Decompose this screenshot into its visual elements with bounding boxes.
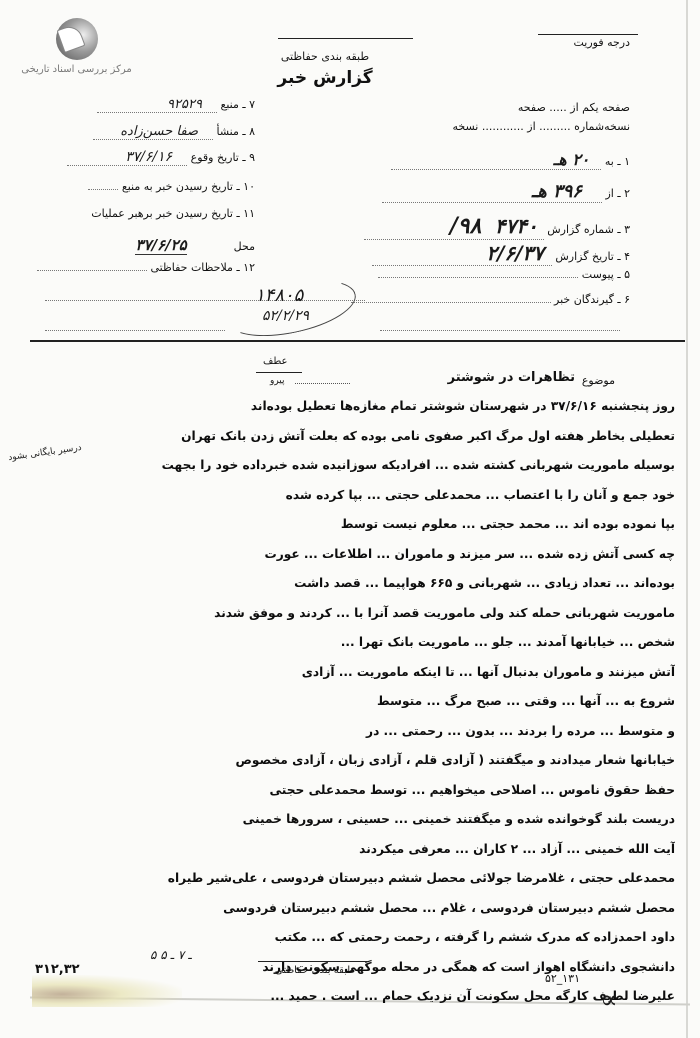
field-label: ۱۰ ـ تاریخ رسیدن خبر به منبع — [122, 180, 255, 193]
field-label: ۷ ـ منبع — [220, 98, 255, 111]
field-report-number: ۳ ـ شماره گزارش ۴۷۴۰ ۹۸/ — [364, 213, 630, 240]
subject-label: موضوع — [582, 374, 615, 387]
field-value: صفا حسن‌زاده — [120, 124, 198, 139]
field-label: ۱۱ ـ تاریخ رسیدن خبر برهبر عملیات — [91, 207, 255, 220]
field-value-line: صفا حسن‌زاده — [93, 124, 213, 140]
body-line: آیت الله خمینی ... آزاد ... ۲ کاران ... … — [30, 835, 675, 865]
body-line: تعطیلی بخاطر هفته اول مرگ اکبر صفوی نامی… — [30, 422, 675, 452]
blank-line — [45, 330, 225, 331]
field-report-date: ۴ ـ تاریخ گزارش ۲/۶/۳۷ — [372, 241, 630, 266]
body-line: بپا نموده بوده اند ... محمد حجتی ... معل… — [30, 510, 675, 540]
body-line: محمدعلی حجتی ، غلامرضا جولائی محصل ششم د… — [30, 864, 675, 894]
classification-rule — [278, 38, 413, 39]
footer-classification-rule — [258, 961, 368, 962]
field-label: ۳ ـ شماره گزارش — [547, 223, 630, 236]
field-security-remarks: ۱۲ ـ ملاحظات حفاظتی — [37, 261, 255, 274]
handwritten-note-date: ۵۲/۲/۲۹ — [262, 308, 309, 324]
footer-classification-label: طبقه بندی حفاظتی — [260, 965, 370, 976]
signature-mark: ∝ — [600, 985, 618, 1015]
field-value-line: ۳۹۶ هـ — [382, 181, 602, 203]
field-to: ۱ ـ به ۲۰ هـ — [391, 150, 630, 170]
urgency-rule — [538, 34, 638, 35]
blank-line — [380, 330, 620, 331]
header-divider — [30, 340, 685, 342]
paper-edge — [686, 0, 688, 1038]
body-line: شروع به ... آنها ... وقتی ... صبح مرگ ..… — [30, 687, 675, 717]
page-info: صفحه یکم از ..... صفحه — [518, 101, 630, 114]
body-line: داود احمدزاده که مدرک ششم را گرفته ، رحم… — [30, 923, 675, 953]
field-value-extra: ۹۸/ — [450, 213, 482, 239]
field-value-line: ۲۰ هـ — [391, 150, 601, 170]
field-value: ۳۷/۶/۲۵ — [135, 236, 186, 255]
body-line: علیرضا لطیف کارگه محل سکونت آن نزدیک حما… — [30, 982, 675, 1012]
scanned-document-page: مرکز بررسی اسناد تاریخی درجه فوریت طبقه … — [0, 0, 700, 1038]
field-value-line — [88, 189, 118, 190]
field-label: ۵ ـ پیوست — [582, 268, 630, 281]
body-line: بوده‌اند ... تعداد زیادی ... شهربانی و ۶… — [30, 569, 675, 599]
field-value: ۲/۶/۳۷ — [486, 241, 544, 265]
field-label: محل — [234, 240, 255, 253]
report-body: روز پنجشنبه ۳۷/۶/۱۶ در شهرستان شوشتر تما… — [30, 392, 675, 1012]
urgency-label: درجه فوریت — [573, 36, 630, 49]
field-location: محل ۳۷/۶/۲۵ — [135, 236, 255, 254]
field-value: ۴۷۴۰ — [495, 214, 538, 238]
subject-dots — [295, 383, 350, 384]
body-line: و متوسط ... مرده را بردند ... بدون ... ر… — [30, 717, 675, 747]
field-value-line: ۹۲۵۲۹ — [97, 97, 217, 113]
body-line: ماموریت شهربانی حمله کند ولی ماموریت قصد… — [30, 599, 675, 629]
field-label: ۲ ـ از — [605, 187, 630, 200]
watermark-logo: مرکز بررسی اسناد تاریخی — [14, 18, 139, 75]
body-line: چه کسی آتش زده شده ... سر میزند و مامورا… — [30, 540, 675, 570]
date-stamp: ۵ ـ ۷ ـ ۵ — [150, 948, 192, 962]
field-attachment: ۵ ـ پیوست — [378, 268, 630, 281]
body-line: دریست بلند گوخوانده شده و میگفتند خمینی … — [30, 805, 675, 835]
body-line: آتش میزنند و ماموران بدنبال آنها ... تا … — [30, 658, 675, 688]
body-line: خود جمع و آنان را با اعتصاب ... محمدعلی … — [30, 481, 675, 511]
field-value-line: ۲/۶/۳۷ — [372, 241, 552, 266]
field-value-line — [351, 302, 551, 303]
field-value: ۹۲۵۲۹ — [167, 97, 202, 112]
reference-label: عطف — [263, 356, 288, 367]
field-label: ۹ ـ تاریخ وقوع — [191, 151, 255, 164]
field-origin: ۸ ـ منشأ صفا حسن‌زاده — [93, 124, 255, 140]
form-title: گزارش خبر — [265, 68, 385, 88]
handwritten-note-number: ۱۴۸۰۵ — [255, 285, 303, 306]
field-value-line: ۴۷۴۰ ۹۸/ — [364, 213, 544, 240]
field-label: ۴ ـ تاریخ گزارش — [555, 250, 630, 263]
reference-rule — [256, 372, 302, 373]
field-value: ۲۰ هـ — [554, 150, 590, 169]
body-line: حفظ حقوق ناموس ... اصلاحی میخواهیم ... ت… — [30, 776, 675, 806]
field-value: ۳۷/۶/۱۶ — [125, 149, 172, 165]
field-label: ۶ ـ گیرندگان خبر — [554, 293, 630, 306]
body-line: محصل ششم دبیرستان فردوسی ، غلام ... محصل… — [30, 894, 675, 924]
field-value-line — [378, 277, 578, 278]
field-from: ۲ ـ از ۳۹۶ هـ — [382, 181, 630, 203]
body-line: شخص ... خیابانها آمدند ... جلو ... مامور… — [30, 628, 675, 658]
field-recipients: ۶ ـ گیرندگان خبر — [351, 293, 630, 306]
subject-value: تظاهرات در شوشتر — [448, 370, 575, 385]
field-value-line — [37, 270, 147, 271]
archive-book-logo-icon — [56, 18, 98, 60]
watermark-org-name: مرکز بررسی اسناد تاریخی — [14, 64, 139, 75]
field-value: ۳۹۶ هـ — [532, 181, 582, 202]
field-source: ۷ ـ منبع ۹۲۵۲۹ — [97, 97, 255, 113]
field-occurrence-date: ۹ ـ تاریخ وقوع ۳۷/۶/۱۶ — [67, 149, 255, 166]
document-code: ۵۲_۱۳۱ — [545, 972, 580, 985]
copy-info: نسخه‌شماره ......... از ............ نسخ… — [452, 120, 630, 133]
field-label: ۱۲ ـ ملاحظات حفاظتی — [151, 261, 256, 274]
followup-label: پیرو — [270, 376, 285, 386]
field-date-received-source: ۱۰ ـ تاریخ رسیدن خبر به منبع — [88, 180, 255, 193]
field-label: ۸ ـ منشأ — [216, 125, 255, 138]
archive-number: ۳۱۲,۳۲ — [35, 962, 80, 977]
field-label: ۱ ـ به — [605, 155, 630, 168]
classification-label-top: طبقه بندی حفاظتی — [260, 50, 390, 63]
body-line: بوسیله ماموریت شهربانی کشته شده ... افرا… — [30, 451, 675, 481]
body-line: روز پنجشنبه ۳۷/۶/۱۶ در شهرستان شوشتر تما… — [30, 392, 675, 422]
field-date-received-operations: ۱۱ ـ تاریخ رسیدن خبر برهبر عملیات — [91, 207, 255, 220]
body-line: خیابانها شعار میدادند و میگفتند ( آزادی … — [30, 746, 675, 776]
field-value-line: ۳۷/۶/۱۶ — [67, 149, 187, 166]
